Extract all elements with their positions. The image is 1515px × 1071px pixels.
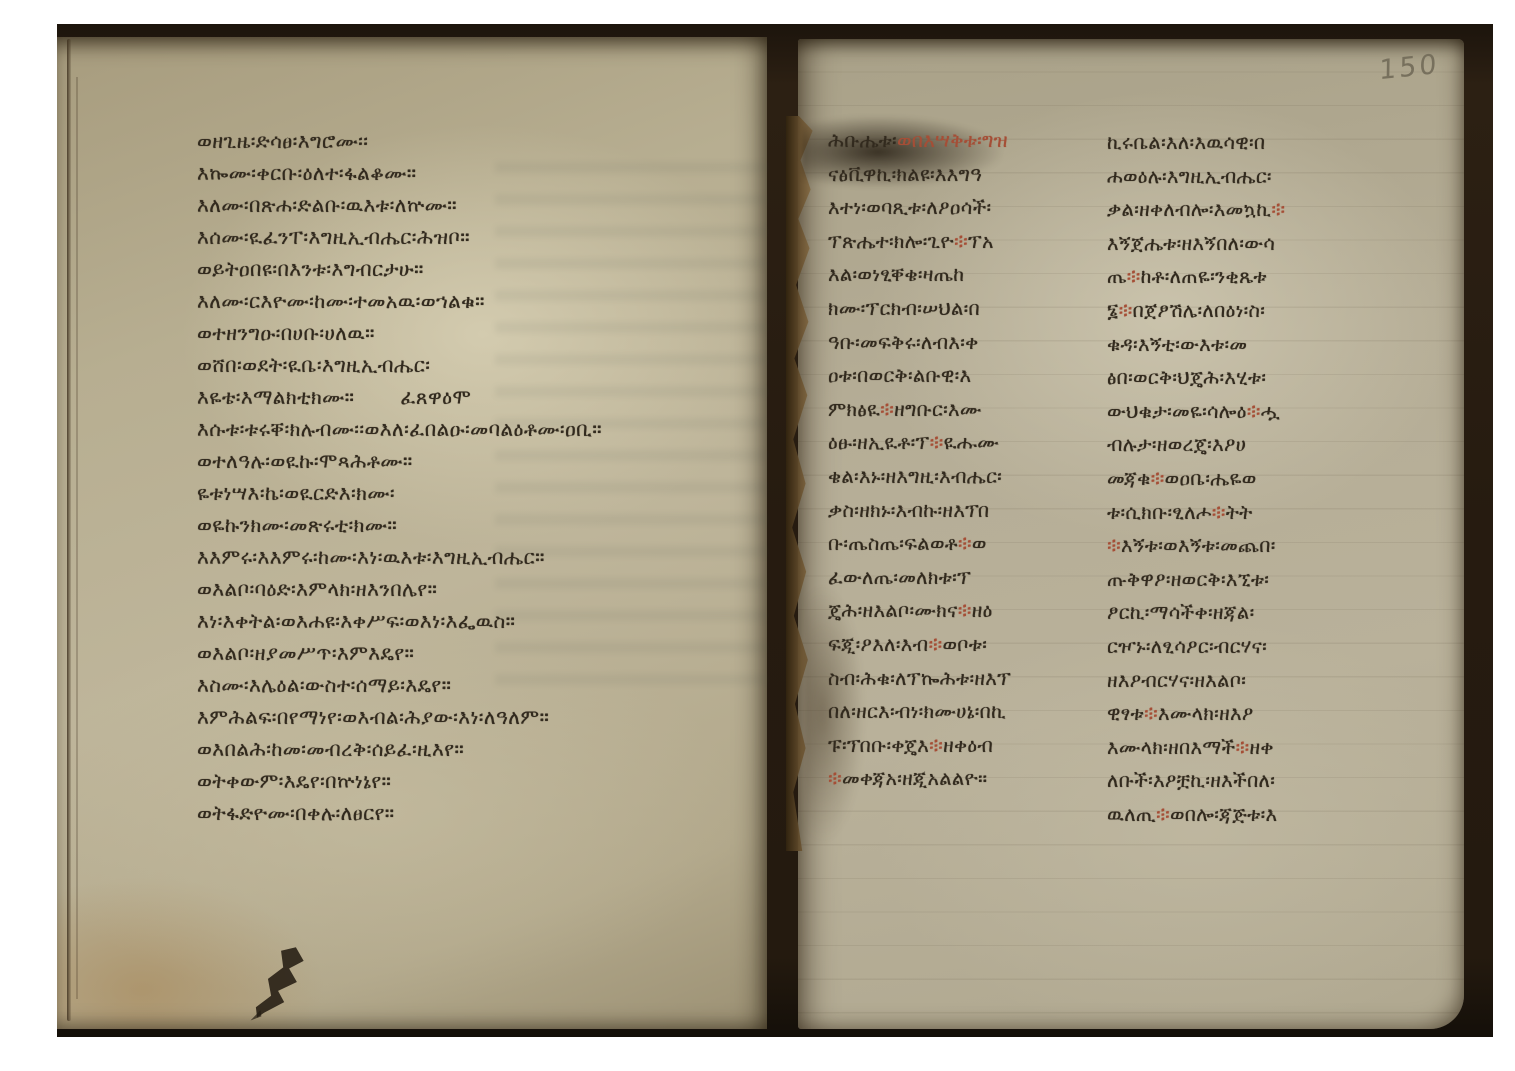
manuscript-text-line: ክሙ፡ፕርክብ፡ሠህል፡በ: [828, 292, 1086, 326]
manuscript-text-line: ዐቱ፡በወርቅ፡ልቡዊ፡እ: [828, 359, 1086, 393]
ink-text: እለሙ፡በጽሐ፡ድልቡ፡ዉእቱ፡ለኵሙ።: [197, 193, 457, 217]
manuscript-text-line: ፅበ፡ወርቅ፡ህጄሕ፡እሂቱ፡: [1107, 361, 1417, 395]
manuscript-text-line: ወዘጊዜ፡ድሳፀ፡እግሮሙ፡፡: [197, 125, 797, 157]
manuscript-text-line: እል፡ወነፂቐቄ፡ዛጤከ: [828, 258, 1086, 292]
ink-text: ዬቱነሣእ፡ኬ፡ወዪርድእ፡ክሙ፡: [197, 481, 395, 505]
ink-text: ክሙ፡ፕርክብ፡ሠህል፡በ: [828, 297, 980, 320]
rubric-text: ፨: [1235, 736, 1249, 759]
ink-text: ፕጽሔተ፡ክሎ፡ጊዮ: [828, 230, 954, 253]
ink-text: ቃል፡ዘቀለብሎ፡እመኳኪ: [1107, 198, 1271, 221]
manuscript-text-line: መጃቁ፨ወዐቤ፡ሔዬወ: [1107, 462, 1417, 496]
manuscript-text-line: ቁዳ፡እኝቲ፡ውእቱ፡መ: [1107, 328, 1417, 362]
ink-text: ፆርኪ፡ማሳችቀ፡ዘጃል፡: [1107, 601, 1255, 624]
manuscript-text-line: ለቡች፡እዖቿኪ፡ዘእችበለ፡: [1107, 764, 1417, 798]
ink-text: ወእልቦ፡ዘያመሥጥ፡እምእዴየ።: [197, 641, 414, 665]
manuscript-text-line: ዘእዖብርሃና፡ዘእልቦ፡: [1107, 664, 1417, 698]
manuscript-text-line: እሙላክ፡ዘበእማች፨ዘቀ: [1107, 731, 1417, 765]
ink-text: ዘእዖብርሃና፡ዘእልቦ፡: [1107, 669, 1246, 692]
ink-text: ወእበልሕ፡ከመ፡መብረቅ፡ሰይፈ፡ዚእየ።: [197, 737, 464, 761]
ink-text: እዬቴ፡እማልክቲክሙ።: [197, 385, 354, 409]
ink-text: ለቡች፡እዖቿኪ፡ዘእችበለ፡: [1107, 769, 1275, 792]
ink-text: ሗ: [1261, 400, 1280, 423]
manuscript-text-line: ወዬኩንክሙ፡መጽሩቲ፡ክሙ።: [197, 509, 797, 541]
ink-text: ስብ፡ሕቁ፡ለፕኰሕቱ፡ዘእፕ: [828, 667, 1011, 690]
manuscript-text-line: እዬቴ፡እማልክቲክሙ።ፈጸዋዕሞ: [197, 381, 797, 413]
ink-text: ዘቀ: [1249, 736, 1273, 759]
ink-text: ፈውለጤ፡መለክቱ፡ፕ: [828, 566, 971, 589]
ink-text: ጄሕ፡ዘእልቦ፡ሙክና: [828, 599, 958, 622]
ink-text: እስሙ፡እሌዕል፡ውስተ፡ሰማይ፡እዴየ።: [197, 673, 451, 697]
ink-text: መቀጃአ፡ዘጂአልልዮ።: [842, 767, 987, 790]
ink-text: ብሉታ፡ዘወረጄ፡እዖሀ: [1107, 433, 1246, 456]
ink-text: ወዐቤ፡ሔዬወ: [1165, 467, 1257, 490]
ink-text: ቄል፡እኑ፡ዘእግዚ፡እብሔር፡: [828, 465, 1002, 488]
manuscript-text-line: ወሸበ፡ወደት፡ዪቤ፡እግዚኢብሔር፡: [197, 349, 797, 381]
manuscript-text-line: ወትፋድዮሙ፡በቀሉ፡ለፀርየ።: [197, 797, 797, 829]
manuscript-text-line: ቱ፡ሲክቡ፡ፂለሖ፨ትት: [1107, 496, 1417, 530]
ink-text: በለ፡ዘርእ፡ብነ፡ክሙሀኔ፡በኪ: [828, 700, 1006, 723]
manuscript-text-line: እእምሩ፡እእምሩ፡ከሙ፡እነ፡ዉእቱ፡እግዚኢብሔር።: [197, 541, 797, 573]
ink-text: ኪሩቤል፡እለ፡እዉሳዊ፡በ: [1107, 131, 1265, 154]
rubric-text: ፨: [958, 599, 972, 622]
manuscript-text-line: ናፅቪዋኪ፡ክልዩ፡እእግዓ: [828, 158, 1086, 192]
ink-text: ወይትዐበዩ፡በእንቱ፡እግብርታሁ።: [197, 257, 424, 281]
ink-text: ርዦኑ፡ለፂሳዖር፡ብርሃና፡: [1107, 635, 1267, 658]
manuscript-text-line: ፨መቀጃአ፡ዘጂአልልዮ።: [828, 762, 1086, 796]
ink-text: እተነ፡ወባጺቱ፡ለዖዐሳች፡: [828, 196, 991, 219]
manuscript-text-line: ወእልቦ፡ዘያመሥጥ፡እምእዴየ።: [197, 637, 797, 669]
manuscript-text-line: ዓቡ፡መፍቅሩ፡ለብእ፡ቀ: [828, 326, 1086, 360]
ink-text: ሐወዕሉ፡እግዚኢብሔር፡: [1107, 165, 1272, 188]
ink-text: ቃስ፡ዘክኑ፡እብኩ፡ዘእፕበ: [828, 499, 989, 522]
manuscript-text-line: ሕቡሔቱ፡ወበእሣቅቱ፡ግዝ: [828, 124, 1086, 158]
ink-text: ወቦቱ፡: [942, 633, 987, 656]
ink-text: ዐቱ፡በወርቅ፡ልቡዊ፡እ: [828, 364, 971, 387]
manuscript-text-line: በለ፡ዘርእ፡ብነ፡ክሙሀኔ፡በኪ: [828, 695, 1086, 729]
ink-text: ወ: [972, 532, 987, 555]
ink-text: ወትፋድዮሙ፡በቀሉ፡ለፀርየ።: [197, 801, 394, 825]
ink-text: ዪሑሙ: [944, 431, 1000, 454]
rubric-text: ፨: [958, 532, 972, 555]
ink-text: ዘግቡር፡እሙ: [894, 398, 982, 421]
manuscript-text-line: እምሕልፍ፡በየማነየ፡ወእብል፡ሕያው፡እነ፡ለዓለም።: [197, 701, 797, 733]
ink-text: መጃቁ: [1107, 467, 1151, 490]
rubric-text: ፨: [929, 734, 943, 757]
manuscript-text-line: እለሙ፡ርእዮሙ፡ከሙ፡ተመአዉ፡ወኀልቁ።: [197, 285, 797, 317]
rubric-text: ወበእሣቅቱ፡ግዝ: [897, 129, 1008, 152]
ink-text: እኰሙ፡ቀርቡ፡ዕለተ፡ፋልቆሙ።: [197, 161, 417, 185]
rubric-text: ፨: [928, 633, 942, 656]
ink-text: ዕፁ፡ዘኢዪቶ፡ፕ: [828, 431, 930, 454]
ink-text: ወዘጊዜ፡ድሳፀ፡እግሮሙ፡፡: [197, 129, 368, 153]
manuscript-text-line: እሰሙ፡ዪፈንፐ፡እግዚኢብሔር፡ሕዝቦ።: [197, 221, 797, 253]
folio-number: 150: [1379, 49, 1440, 87]
ink-text: ወበሎ፡ጃጅቱ፡እ: [1170, 803, 1277, 826]
manuscript-text-line: ጄሕ፡ዘእልቦ፡ሙክና፨ዘዕ: [828, 594, 1086, 628]
rubric-text: ፨: [930, 431, 944, 454]
manuscript-text-line: ፈውለጤ፡መለክቱ፡ፕ: [828, 561, 1086, 595]
manuscript-text-line: ርዦኑ፡ለፂሳዖር፡ብርሃና፡: [1107, 630, 1417, 664]
ink-text: ጤ: [1107, 265, 1127, 288]
ink-text: ፕአ: [968, 230, 994, 253]
ink-text: ዓቡ፡መፍቅሩ፡ለብእ፡ቀ: [828, 331, 979, 354]
ink-text: እእምሩ፡እእምሩ፡ከሙ፡እነ፡ዉእቱ፡እግዚኢብሔር።: [197, 545, 545, 569]
manuscript-text-line: ወይትዐበዩ፡በእንቱ፡እግብርታሁ።: [197, 253, 797, 285]
manuscript-text-line: እነ፡እቀትል፡ወእሐዩ፡እቀሥፍ፡ወእነ፡እፌዉስ።: [197, 605, 797, 637]
manuscript-text-line: ውህቁታ፡መዬ፡ሳሎዕ፨ሗ: [1107, 395, 1417, 429]
ink-text: ዊፃቱ: [1107, 702, 1144, 725]
ink-text: ፍጂ፡ዖእለ፡እብ: [828, 633, 928, 656]
ink-text: እለሙ፡ርእዮሙ፡ከሙ፡ተመአዉ፡ወኀልቁ።: [197, 289, 485, 313]
manuscript-text-line: እለሙ፡በጽሐ፡ድልቡ፡ዉእቱ፡ለኵሙ።: [197, 189, 797, 221]
manuscript-text-line: እኝጀሔቱ፡ዘእኝበለ፡ውሳ: [1107, 227, 1417, 261]
manuscript-text-line: እኰሙ፡ቀርቡ፡ዕለተ፡ፋልቆሙ።: [197, 157, 797, 189]
ink-text: ወእልቦ፡ባዕድ፡እምላክ፡ዘእንበሌየ።: [197, 577, 437, 601]
ink-text: ሕቡሔቱ፡: [828, 129, 897, 152]
manuscript-text-line: ስብ፡ሕቁ፡ለፕኰሕቱ፡ዘእፕ: [828, 662, 1086, 696]
ink-text: እሰሙ፡ዪፈንፐ፡እግዚኢብሔር፡ሕዝቦ።: [197, 225, 470, 249]
rubric-text: ፨: [1119, 299, 1133, 322]
rubric-text: ፨: [954, 230, 968, 253]
manuscript-text-line: ኪሩቤል፡እለ፡እዉሳዊ፡በ: [1107, 126, 1417, 160]
rubric-text: ፨: [1271, 198, 1285, 221]
ink-text: እኝቱ፡ወእኝቱ፡መጨበ፡: [1121, 534, 1276, 557]
manuscript-text-line: ሐወዕሉ፡እግዚኢብሔር፡: [1107, 160, 1417, 194]
manuscript-text-line: ቄል፡እኑ፡ዘእግዚ፡እብሔር፡: [828, 460, 1086, 494]
ink-text: ከቶ፡ለጠዬ፡ንቂጼቱ: [1141, 265, 1267, 288]
ink-text: ፑ፡ፕበቡ፡ቀጄእ: [828, 734, 929, 757]
page-edge-line: [67, 39, 71, 1021]
rubric-text: ፨: [1144, 702, 1158, 725]
ink-text: እል፡ወነፂቐቄ፡ዛጤከ: [828, 263, 964, 286]
ink-text: እኝጀሔቱ፡ዘእኝበለ፡ውሳ: [1107, 232, 1275, 255]
rubric-text: ፨: [880, 398, 894, 421]
ink-text: ወተዘንግዑ፡በሀቡ፡ሀለዉ።: [197, 321, 375, 345]
ink-text: ወተለዓሉ፡ወዪኩ፡ሞጻሕቶሙ።: [197, 449, 413, 473]
ink-text: ወዬኩንክሙ፡መጽሩቲ፡ክሙ።: [197, 513, 397, 537]
ink-text: በጀፆሽሌ፡ለበዕነ፡ስ፡: [1133, 299, 1266, 322]
rubric-text: ፨: [1247, 400, 1261, 423]
manuscript-text-line: ብሉታ፡ዘወረጄ፡እዖሀ: [1107, 428, 1417, 462]
rubric-text: ፨: [1156, 803, 1170, 826]
right-page-column-1-text: ሕቡሔቱ፡ወበእሣቅቱ፡ግዝናፅቪዋኪ፡ክልዩ፡እእግዓእተነ፡ወባጺቱ፡ለዖዐ…: [828, 124, 1086, 796]
manuscript-text-line: ዉለጢ፨ወበሎ፡ጃጅቱ፡እ: [1107, 798, 1417, 832]
ink-text: ወትቀውም፡እዴየ፡በኵነኔየ።: [197, 769, 391, 793]
ink-text: ጡቅዋዖ፡ዘወርቅ፡እኚቱ፡: [1107, 568, 1269, 591]
ink-text: ዘቀዕብ: [943, 734, 993, 757]
manuscript-text-line: ፆርኪ፡ማሳችቀ፡ዘጃል፡: [1107, 596, 1417, 630]
manuscript-text-line: ፮፨በጀፆሽሌ፡ለበዕነ፡ስ፡: [1107, 294, 1417, 328]
rubric-text: ፨: [1151, 467, 1165, 490]
right-page-column-2-text: ኪሩቤል፡እለ፡እዉሳዊ፡በሐወዕሉ፡እግዚኢብሔር፡ቃል፡ዘቀለብሎ፡እመኳኪ…: [1107, 126, 1417, 831]
ink-text: ፈጸዋዕሞ: [400, 385, 471, 409]
rubric-text: ፨: [1127, 265, 1141, 288]
ink-text: እሱቱ፡ቱሩቐ፡ክሉብሙ፡፡ወእለ፡ፈበልዑ፡መባልዕቶሙ፡ዐቢ።: [197, 417, 602, 441]
manuscript-text-line: ወተለዓሉ፡ወዪኩ፡ሞጻሕቶሙ።: [197, 445, 797, 477]
ink-text: ፮: [1107, 299, 1119, 322]
manuscript-text-line: ፕጽሔተ፡ክሎ፡ጊዮ፨ፕአ: [828, 225, 1086, 259]
rubric-text: ፨: [1212, 501, 1226, 524]
manuscript-text-line: ዬቱነሣእ፡ኬ፡ወዪርድእ፡ክሙ፡: [197, 477, 797, 509]
page-edge-line-faint: [76, 77, 78, 999]
ink-text: ዘዕ: [972, 599, 993, 622]
manuscript-text-line: ዊፃቱ፨እሙላክ፡ዘእዖ: [1107, 697, 1417, 731]
ink-text: ዉለጢ: [1107, 803, 1156, 826]
ink-text: ፅበ፡ወርቅ፡ህጄሕ፡እሂቱ፡: [1107, 366, 1266, 389]
manuscript-text-line: ወእበልሕ፡ከመ፡መብረቅ፡ሰይፈ፡ዚእየ።: [197, 733, 797, 765]
rubric-text: ፨: [828, 767, 842, 790]
manuscript-text-line: እስሙ፡እሌዕል፡ውስተ፡ሰማይ፡እዴየ።: [197, 669, 797, 701]
rubric-text: ፨: [1107, 534, 1121, 557]
manuscript-text-line: እሱቱ፡ቱሩቐ፡ክሉብሙ፡፡ወእለ፡ፈበልዑ፡መባልዕቶሙ፡ዐቢ።: [197, 413, 797, 445]
manuscript-text-line: ወእልቦ፡ባዕድ፡እምላክ፡ዘእንበሌየ።: [197, 573, 797, 605]
ink-text: ቁዳ፡እኝቲ፡ውእቱ፡መ: [1107, 333, 1247, 356]
left-page-text: ወዘጊዜ፡ድሳፀ፡እግሮሙ፡፡እኰሙ፡ቀርቡ፡ዕለተ፡ፋልቆሙ።እለሙ፡በጽሐ፡…: [197, 125, 797, 829]
manuscript-text-line: ምክፅዪ፨ዘግቡር፡እሙ: [828, 393, 1086, 427]
manuscript-text-line: ቃል፡ዘቀለብሎ፡እመኳኪ፨: [1107, 193, 1417, 227]
manuscript-text-line: ቡ፡ጤስጤ፡ፍልወቶ፨ወ: [828, 527, 1086, 561]
ink-text: እምሕልፍ፡በየማነየ፡ወእብል፡ሕያው፡እነ፡ለዓለም።: [197, 705, 549, 729]
ink-text: ናፅቪዋኪ፡ክልዩ፡እእግዓ: [828, 163, 982, 186]
book-photo: ወዘጊዜ፡ድሳፀ፡እግሮሙ፡፡እኰሙ፡ቀርቡ፡ዕለተ፡ፋልቆሙ።እለሙ፡በጽሐ፡…: [57, 24, 1493, 1037]
ink-text: ቡ፡ጤስጤ፡ፍልወቶ: [828, 532, 958, 555]
ink-text: ትት: [1226, 501, 1253, 524]
manuscript-text-line: ዕፁ፡ዘኢዪቶ፡ፕ፨ዪሑሙ: [828, 426, 1086, 460]
manuscript-text-line: ወትቀውም፡እዴየ፡በኵነኔየ።: [197, 765, 797, 797]
manuscript-text-line: ጡቅዋዖ፡ዘወርቅ፡እኚቱ፡: [1107, 563, 1417, 597]
ink-text: ምክፅዪ: [828, 398, 880, 421]
ink-text: እሙላክ፡ዘእዖ: [1158, 702, 1254, 725]
manuscript-text-line: ፨እኝቱ፡ወእኝቱ፡መጨበ፡: [1107, 529, 1417, 563]
manuscript-text-line: እተነ፡ወባጺቱ፡ለዖዐሳች፡: [828, 191, 1086, 225]
manuscript-text-line: ወተዘንግዑ፡በሀቡ፡ሀለዉ።: [197, 317, 797, 349]
manuscript-text-line: ቃስ፡ዘክኑ፡እብኩ፡ዘእፕበ: [828, 494, 1086, 528]
manuscript-text-line: ፑ፡ፕበቡ፡ቀጄእ፨ዘቀዕብ: [828, 729, 1086, 763]
manuscript-text-line: ፍጂ፡ዖእለ፡እብ፨ወቦቱ፡: [828, 628, 1086, 662]
ink-text: ውህቁታ፡መዬ፡ሳሎዕ: [1107, 400, 1247, 423]
ink-text: ወሸበ፡ወደት፡ዪቤ፡እግዚኢብሔር፡: [197, 353, 430, 377]
ink-text: እሙላክ፡ዘበእማች: [1107, 736, 1235, 759]
ink-text: ቱ፡ሲክቡ፡ፂለሖ: [1107, 501, 1212, 524]
manuscript-text-line: ጤ፨ከቶ፡ለጠዬ፡ንቂጼቱ: [1107, 260, 1417, 294]
ink-text: እነ፡እቀትል፡ወእሐዩ፡እቀሥፍ፡ወእነ፡እፌዉስ።: [197, 609, 515, 633]
